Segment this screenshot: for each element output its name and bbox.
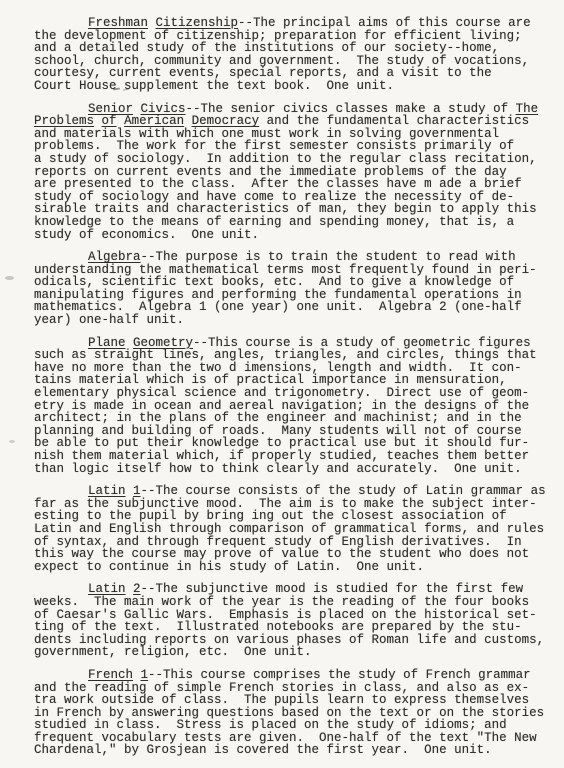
scanned-document: { "page": { "background_color": "#f7f6f2… xyxy=(0,0,564,768)
course-description-french-1: --This course comprises the study of Fre… xyxy=(34,668,544,758)
course-description-plane-geometry: --This course is a study of geometric fi… xyxy=(34,336,537,476)
course-paragraph-latin-2: Latin 2--The subjunctive mood is studied… xyxy=(34,583,564,659)
scan-speck xyxy=(9,440,15,443)
document-page: Freshman Citizenship--The principal aims… xyxy=(0,0,564,768)
course-paragraph-senior-civics: Senior Civics--The senior civics classes… xyxy=(34,103,564,242)
course-paragraph-french-1: French 1--This course comprises the stud… xyxy=(34,669,564,757)
course-description-latin-1: --The course consists of the study of La… xyxy=(34,484,546,574)
course-description-senior-civics-part2: and the fundamental characteristics and … xyxy=(34,114,537,241)
course-paragraph-latin-1: Latin 1--The course consists of the stud… xyxy=(34,485,564,573)
course-paragraph-freshman-citizenship: Freshman Citizenship--The principal aims… xyxy=(34,17,564,93)
course-paragraph-algebra: Algebra--The purpose is to train the stu… xyxy=(34,251,564,327)
course-paragraph-plane-geometry: Plane Geometry--This course is a study o… xyxy=(34,337,564,476)
scan-speck xyxy=(5,276,14,280)
